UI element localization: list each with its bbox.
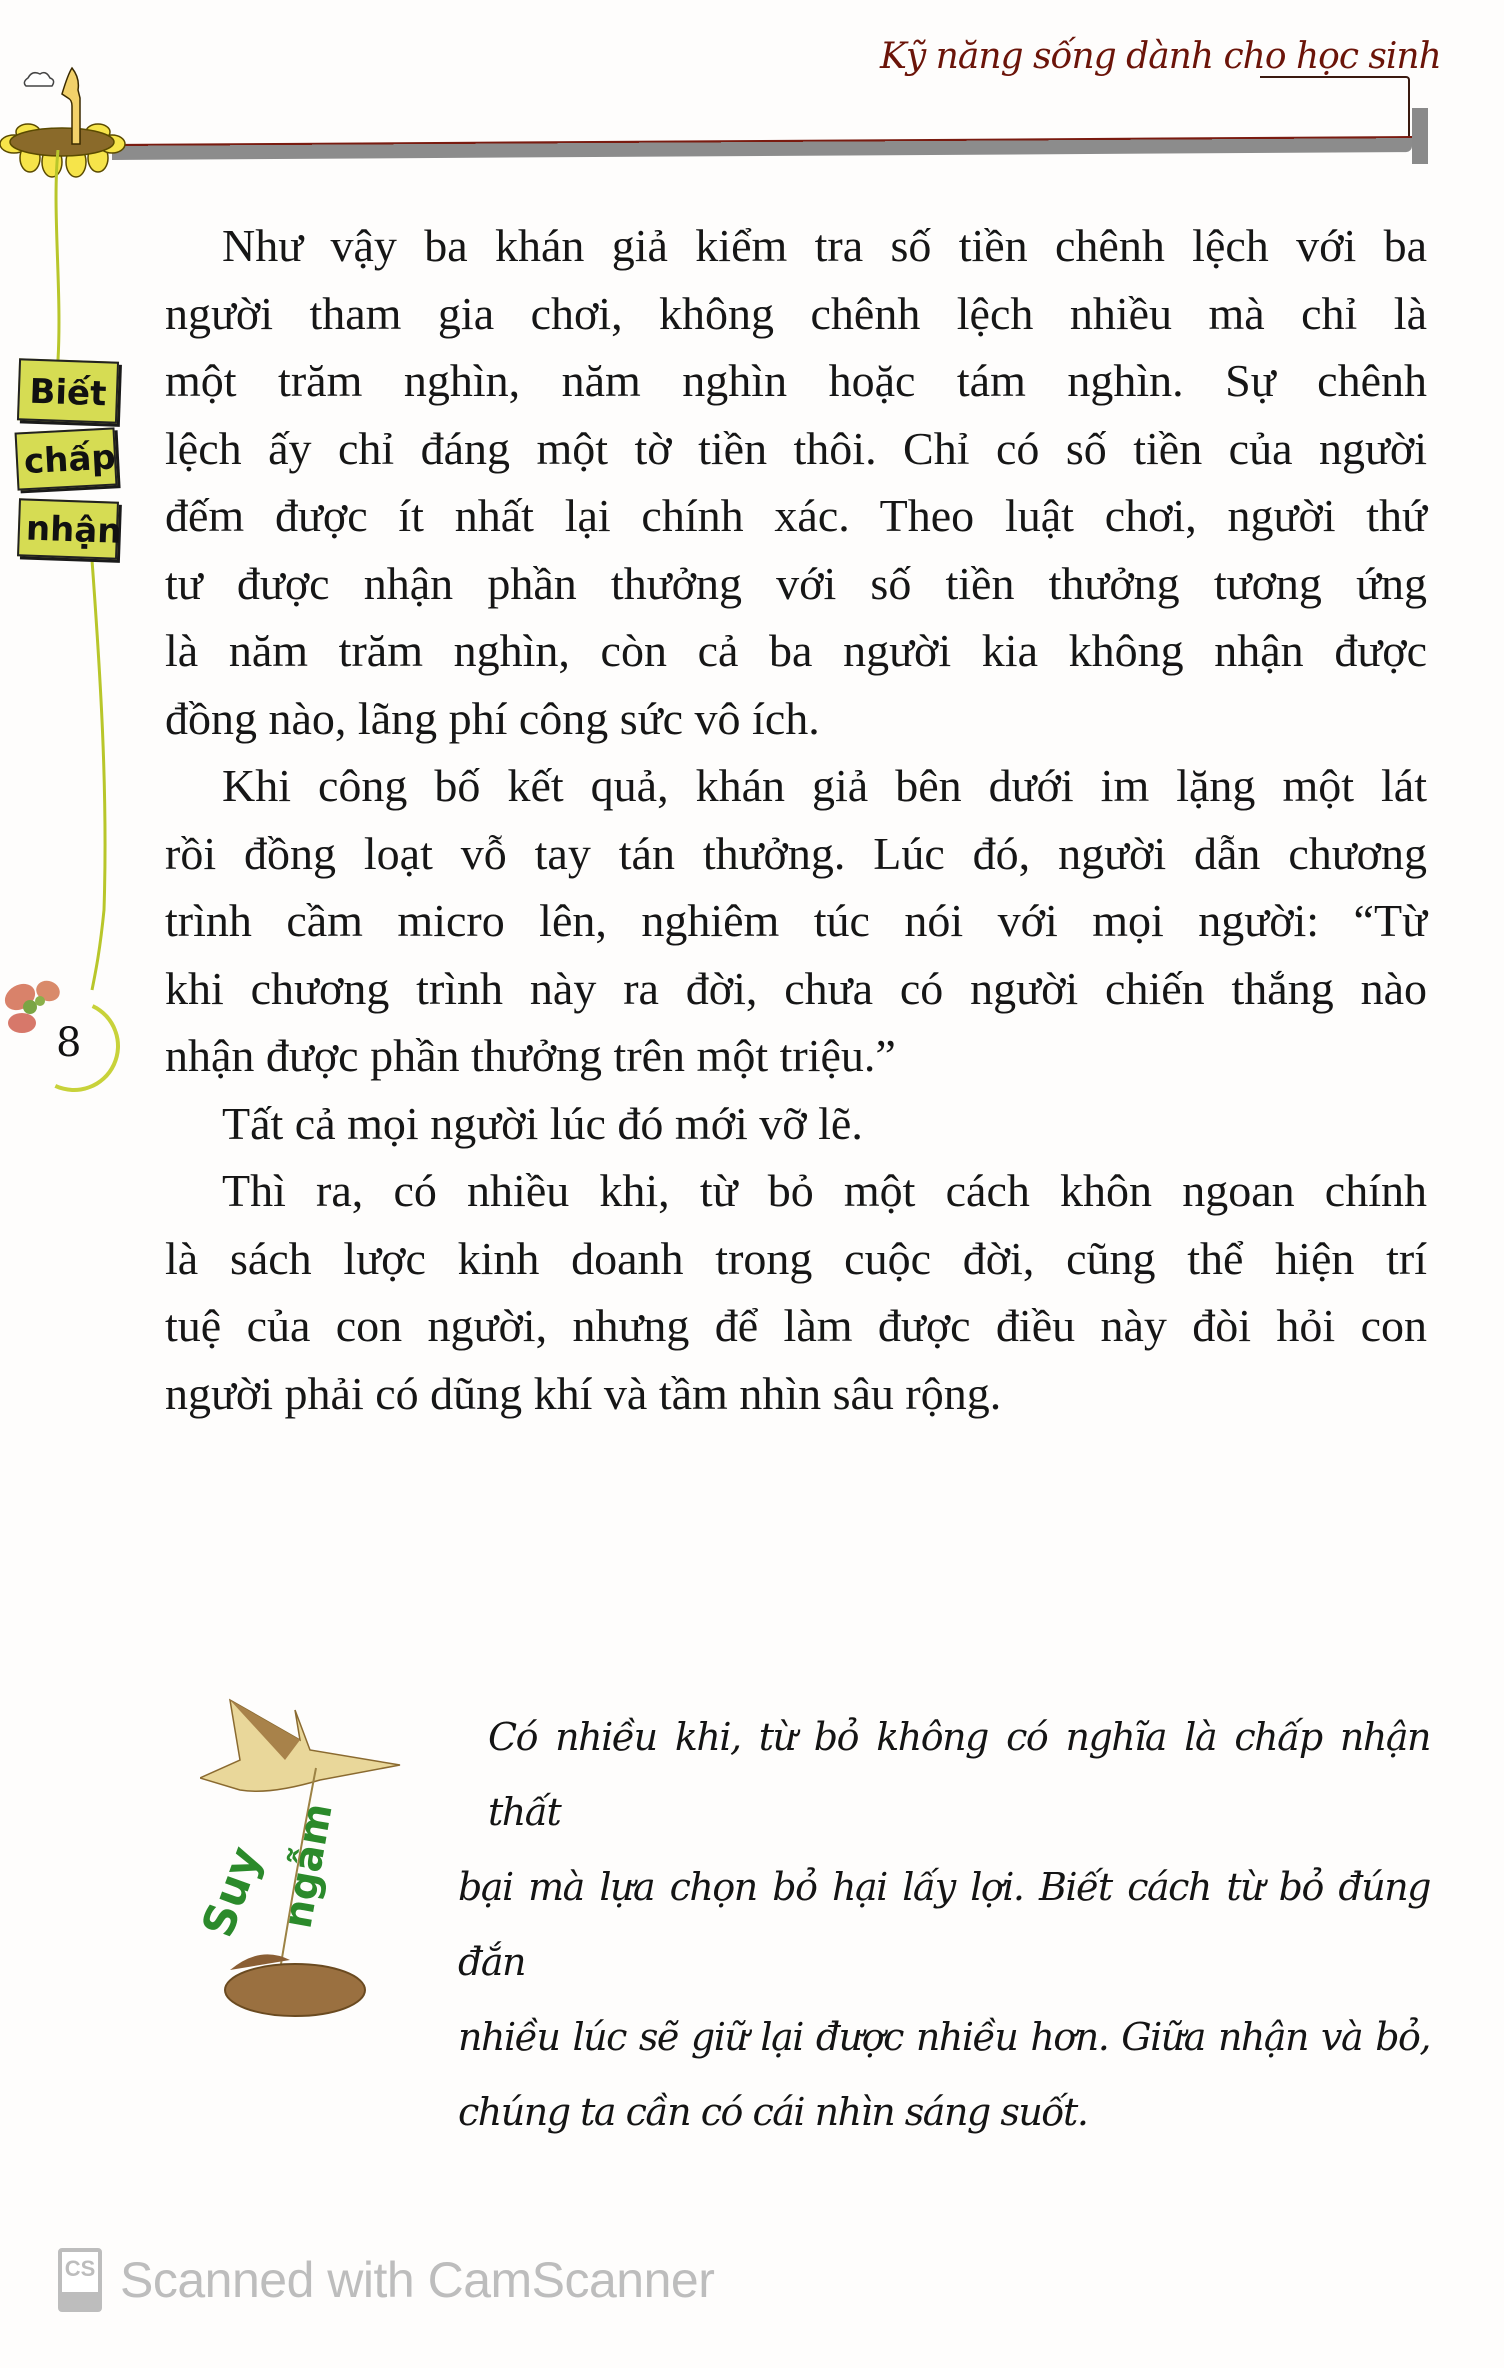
chapter-tag-1: Biết bbox=[17, 358, 119, 423]
reflection-label-suy: Suy bbox=[200, 1840, 272, 1944]
vine-decoration bbox=[0, 150, 140, 1100]
text-line: đếm được ít nhất lại chính xác. Theo luậ… bbox=[165, 482, 1427, 550]
text-line: trình cầm micro lên, nghiêm túc nói với … bbox=[165, 887, 1427, 955]
text-line: đồng nào, lãng phí công sức vô ích. bbox=[165, 685, 1427, 753]
text-line: lệch ấy chỉ đáng một tờ tiền thôi. Chỉ c… bbox=[165, 415, 1427, 483]
paragraph-4: Thì ra, có nhiều khi, từ bỏ một cách khô… bbox=[165, 1157, 1427, 1427]
reflection-label-ngam: ngẫm bbox=[275, 1800, 342, 1932]
reflection-line: Có nhiều khi, từ bỏ không có nghĩa là ch… bbox=[458, 1700, 1430, 1850]
text-line: nhận được phần thưởng trên một triệu.” bbox=[165, 1022, 1427, 1090]
text-line: người tham gia chơi, không chênh lệch nh… bbox=[165, 280, 1427, 348]
reflection-text: Có nhiều khi, từ bỏ không có nghĩa là ch… bbox=[458, 1700, 1430, 2150]
camscanner-watermark: CS Scanned with CamScanner bbox=[58, 2248, 714, 2312]
text-line: Thì ra, có nhiều khi, từ bỏ một cách khô… bbox=[165, 1157, 1427, 1225]
watermark-text: Scanned with CamScanner bbox=[120, 2251, 714, 2309]
reflection-line: bại mà lựa chọn bỏ hại lấy lợi. Biết các… bbox=[458, 1850, 1430, 2000]
sunflower-icon bbox=[0, 60, 160, 180]
camscanner-logo-icon: CS bbox=[58, 2248, 102, 2312]
paragraph-2: Khi công bố kết quả, khán giả bên dưới i… bbox=[165, 752, 1427, 1090]
header-band-edge bbox=[1412, 108, 1428, 164]
running-header-title: Kỹ năng sống dành cho học sinh bbox=[880, 36, 1300, 77]
body-text: Như vậy ba khán giả kiểm tra số tiền chê… bbox=[165, 212, 1427, 1427]
page-number: 8 bbox=[56, 1020, 81, 1066]
text-line: người phải có dũng khí và tầm nhìn sâu r… bbox=[165, 1360, 1427, 1428]
bird-nest-illustration: Suy ngẫm bbox=[200, 1670, 410, 2020]
reflection-line: chúng ta cần có cái nhìn sáng suốt. bbox=[458, 2075, 1430, 2150]
text-line: là sách lược kinh doanh trong cuộc đời, … bbox=[165, 1225, 1427, 1293]
chapter-tag-3: nhận bbox=[17, 498, 119, 559]
text-line: khi chương trình này ra đời, chưa có ngư… bbox=[165, 955, 1427, 1023]
chapter-tag-2: chấp bbox=[15, 427, 118, 490]
reflection-line: nhiều lúc sẽ giữ lại được nhiều hơn. Giữ… bbox=[458, 2000, 1430, 2075]
paragraph-1: Như vậy ba khán giả kiểm tra số tiền chê… bbox=[165, 212, 1427, 752]
text-line: tư được nhận phần thưởng với số tiền thư… bbox=[165, 550, 1427, 618]
text-line: tuệ của con người, nhưng để làm được điề… bbox=[165, 1292, 1427, 1360]
text-line: Khi công bố kết quả, khán giả bên dưới i… bbox=[165, 752, 1427, 820]
text-line: Như vậy ba khán giả kiểm tra số tiền chê… bbox=[165, 212, 1427, 280]
header-band bbox=[112, 136, 1412, 160]
text-line: là năm trăm nghìn, còn cả ba người kia k… bbox=[165, 617, 1427, 685]
text-line: một trăm nghìn, năm nghìn hoặc tám nghìn… bbox=[165, 347, 1427, 415]
text-line: rồi đồng loạt vỗ tay tán thưởng. Lúc đó,… bbox=[165, 820, 1427, 888]
paragraph-3: Tất cả mọi người lúc đó mới vỡ lẽ. bbox=[165, 1090, 1427, 1158]
text-line: Tất cả mọi người lúc đó mới vỡ lẽ. bbox=[165, 1090, 1427, 1158]
